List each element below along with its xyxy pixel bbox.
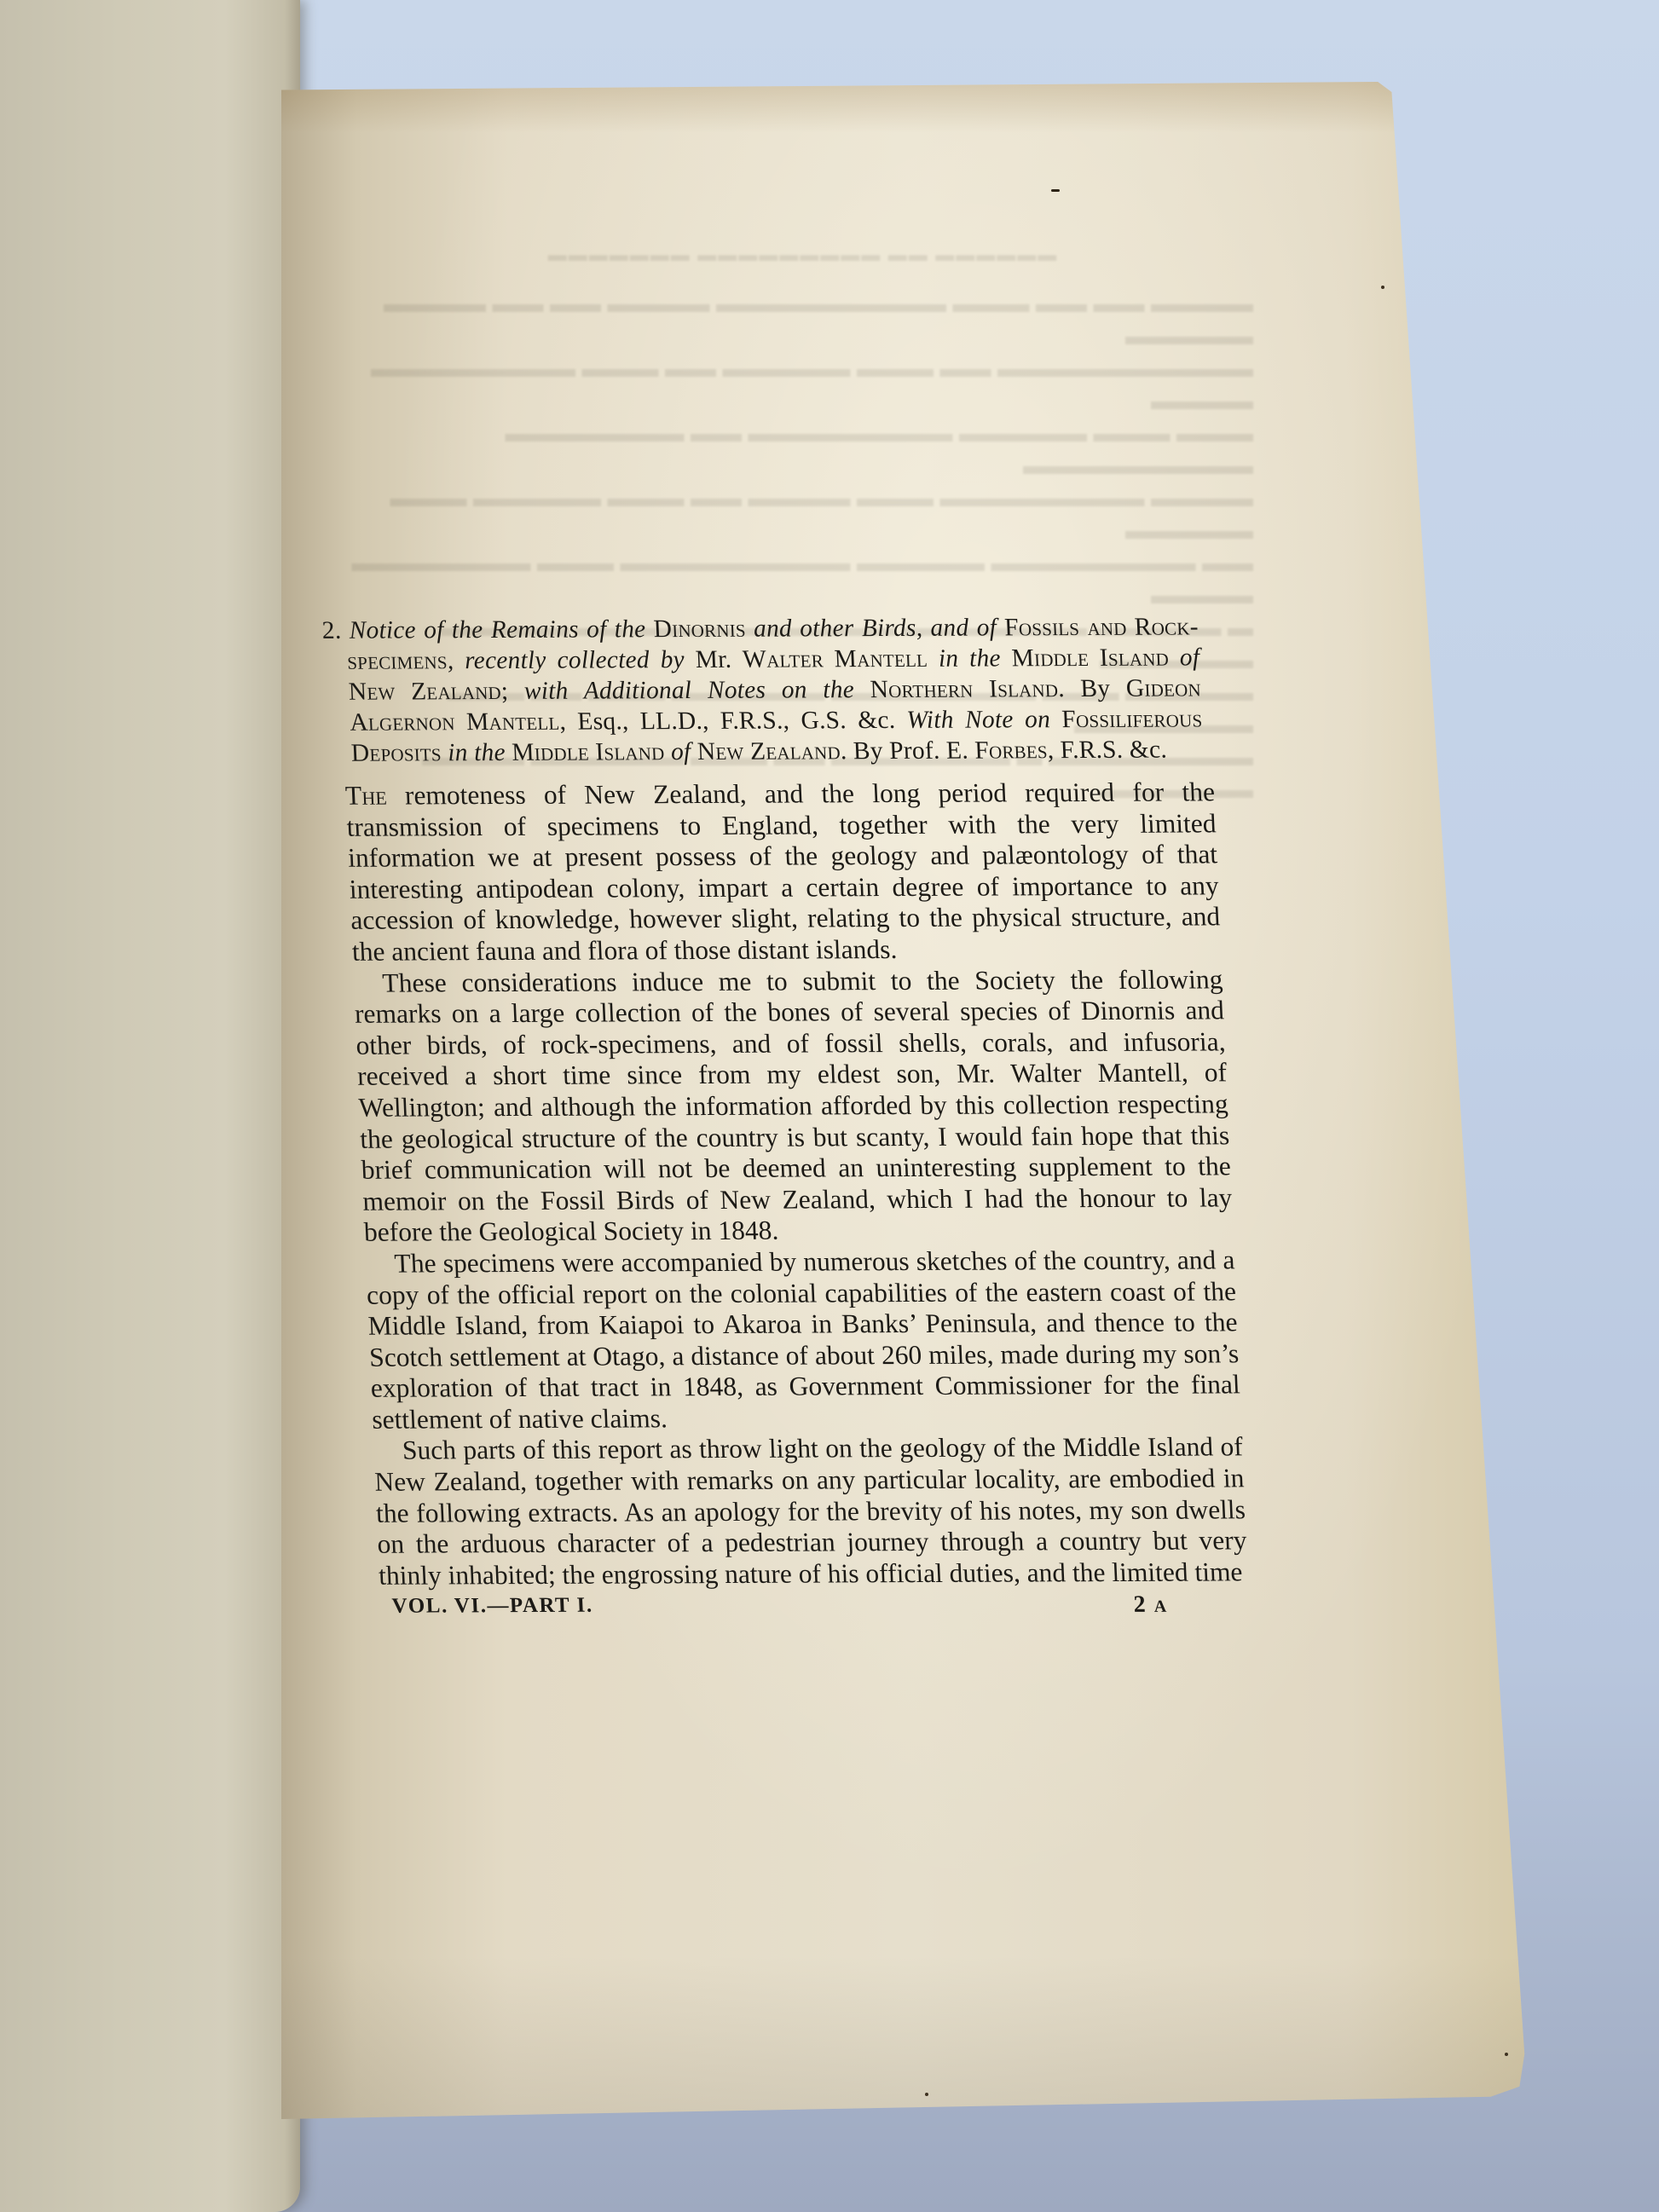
article-title-text: Notice of the Remains of the Dinornis an…	[347, 613, 1203, 766]
title-segment: in the	[927, 644, 1012, 672]
foxing-spot	[1381, 286, 1384, 289]
title-segment: With Note on	[906, 706, 1062, 734]
paragraph-lead: The	[344, 781, 387, 811]
title-segment: Middle Island	[512, 738, 665, 766]
paragraph-text: The specimens were accompanied by numero…	[366, 1245, 1240, 1434]
show-through-text: ▬▬▬▬▬▬ ▬▬ ▬▬▬▬▬▬▬▬▬ ▬▬▬▬▬▬▬ ▬▬▬▬ ▬▬ ▬▬ ▬…	[350, 239, 1253, 597]
volume-label: VOL. VI.—PART I.	[391, 1594, 593, 1622]
title-segment: of	[1168, 644, 1200, 671]
paragraph-2: These considerations induce me to submit…	[353, 964, 1234, 1249]
title-segment: , Esq., LL.D., F.R.S., G.S. &c.	[559, 707, 908, 736]
article-title: 2. Notice of the Remains of the Dinornis…	[345, 611, 1205, 768]
title-segment: , F.R.S. &c.	[1047, 736, 1168, 765]
paragraph-1: The remoteness of New Zealand, and the l…	[344, 777, 1222, 967]
ink-speck	[1051, 189, 1060, 192]
flyleaf-page	[0, 0, 300, 2212]
ink-speck	[925, 2093, 928, 2096]
page-footer: VOL. VI.—PART I. 2 A	[391, 1591, 1211, 1622]
paragraph-3: The specimens were accompanied by numero…	[365, 1245, 1242, 1435]
title-segment: in the	[441, 739, 512, 766]
article-body: The remoteness of New Zealand, and the l…	[344, 777, 1249, 1591]
title-segment: New Zealand	[697, 737, 841, 765]
show-through-header: ▬▬▬▬▬▬ ▬▬ ▬▬▬▬▬▬▬▬▬ ▬▬▬▬▬▬▬	[350, 239, 1253, 271]
title-segment: and other Birds, and of	[745, 614, 1005, 642]
foxing-spot	[1505, 2053, 1508, 2056]
paragraph-text: Such parts of this report as throw light…	[374, 1432, 1247, 1591]
title-segment: Mr.	[695, 646, 743, 673]
paragraph-text: These considerations induce me to submit…	[354, 964, 1233, 1247]
signature-letter: A	[1153, 1597, 1168, 1616]
title-segment: . By Prof. E.	[840, 737, 975, 765]
article-number: 2.	[321, 617, 342, 644]
title-segment: , recently collected by	[447, 646, 696, 674]
title-segment: Northern Island	[870, 675, 1059, 703]
title-segment: New Zealand	[348, 678, 501, 706]
title-segment: . By	[1057, 675, 1126, 702]
signature-mark: 2 A	[1133, 1591, 1168, 1619]
title-segment: Notice of the Remains of the	[349, 615, 654, 644]
title-segment: Dinornis	[653, 615, 746, 643]
signature-number: 2	[1133, 1591, 1147, 1618]
printed-text-block: 2. Notice of the Remains of the Dinornis…	[298, 611, 1253, 1622]
title-segment: with Additional Notes on the	[523, 676, 870, 705]
title-segment: Middle Island	[1011, 644, 1170, 673]
title-segment: Forbes	[974, 736, 1049, 764]
title-segment: Walter Mantell	[742, 645, 928, 673]
title-segment: ;	[500, 678, 524, 705]
paragraph-4: Such parts of this report as throw light…	[373, 1432, 1249, 1591]
title-segment: of	[664, 738, 698, 765]
paragraph-text: remoteness of New Zealand, and the long …	[346, 777, 1221, 966]
